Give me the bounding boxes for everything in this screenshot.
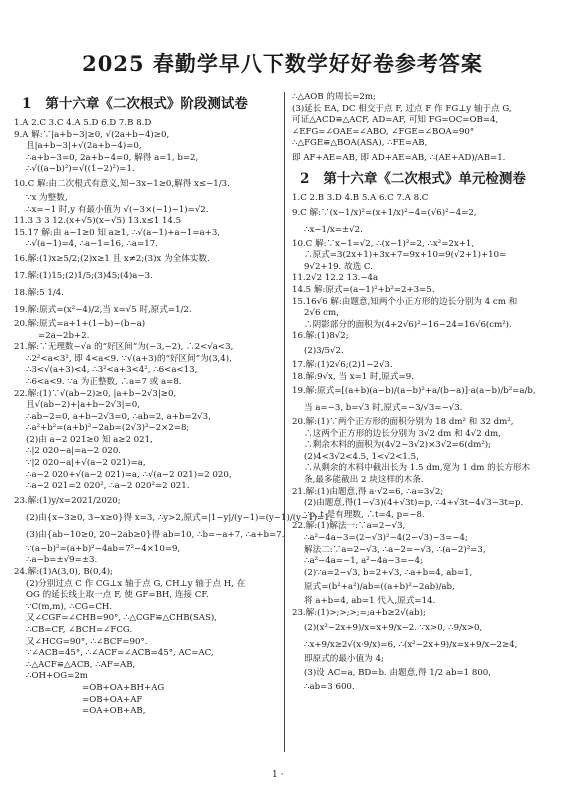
- answer-line: ∵|2 020−a|+√(a−2 021)=a,: [14, 458, 278, 470]
- answer-line: (2)由{x−3≥0, 3−x≥0}得 x=3, ∴y>2,原式=|1−y|/(…: [14, 510, 278, 527]
- answer-line: 2√6 cm,: [292, 308, 554, 320]
- answer-line: ∴x−1/x=±√2.: [292, 222, 554, 239]
- answer-line: 且|a+b−3|+√(2a+b−4)=0,: [14, 141, 278, 153]
- answer-line: =OA+OB+AB,: [14, 706, 278, 718]
- answer-line: 18.解:5 1/4.: [14, 285, 278, 302]
- answer-line: ∴△FGE≌△BOA(ASA), ∴FE=AB,: [292, 138, 554, 150]
- answer-line: (2)由题意,得(1−√3)(4+√3t)=p, ∴4+√3t−4√3−3t=p…: [292, 498, 554, 510]
- answer-line: 20.解:原式=a+1+(1−b)−(b−a): [14, 319, 278, 331]
- answer-line: (3)延长 EA, DC 相交于点 F, 过点 F 作 FG⊥y 轴于点 G,: [292, 104, 554, 116]
- answer-line: (2)(x²−2x+9)/x=x+9/x−2. ∵x>0, ∴9/x>0,: [292, 620, 554, 637]
- answer-line: 即原式的最小值为 4;: [292, 654, 554, 666]
- answer-line: ∴a−2 021=2 020², ∴a−2 020²=2 021.: [14, 481, 278, 493]
- answer-line: ∴a+b−3=0, 2a+b−4=0, 解得 a=1, b=2,: [14, 153, 278, 165]
- section-heading-1: 1第十六章《二次根式》阶段测试卷: [22, 94, 278, 114]
- section-number: 2: [300, 171, 309, 187]
- answer-line: ∴△AOB 的周长=2m;: [292, 92, 554, 104]
- answer-line: (2)分别过点 C 作 CG⊥x 轴于点 G, CH⊥y 轴于点 H, 在: [14, 579, 278, 591]
- answer-line: 19.解:原式=(x²−4)/2,当 x=√5 时,原式=1/2.: [14, 302, 278, 319]
- answer-line: =2a−2b+2.: [14, 331, 278, 343]
- page-number: 1 ·: [272, 770, 283, 780]
- answer-line: 即 AF+AE=AB, 即 AD+AE=AB, ∴(AE+AD)/AB=1.: [292, 150, 554, 167]
- answer-line: ∴ab−2=0, a+b−2√3=0, ∴ab=2, a+b=2√3,: [14, 412, 278, 424]
- answer-line: 24.解:(1)A(3,0), B(0,4);: [14, 567, 278, 579]
- answer-line: 可证△ACD≌△ACF, AD=AF, 可知 FG=OC=OB=4,: [292, 115, 554, 127]
- answer-line: 将 a+b=4, ab=1 代入,原式=14.: [292, 596, 554, 608]
- answer-line: ∴阴影部分的面积为(4+2√6)²−16−24=16√6(cm²).: [292, 320, 554, 332]
- answer-line: ∴剩余木料的面积为(4√2−3√2)×3√2=6(dm²);: [292, 440, 554, 452]
- answer-line: 23.解:(1)y/x=2021/2020;: [14, 493, 278, 510]
- answer-line: 9.C 解:∵(x−1/x)²=(x+1/x)²−4=(√6)²−4=2,: [292, 205, 554, 222]
- right-column: ∴△AOB 的周长=2m;(3)延长 EA, DC 相交于点 F, 过点 F 作…: [292, 92, 554, 694]
- answer-line: (2)4<3√2<4.5, 1<√2<1.5,: [292, 452, 554, 464]
- answer-line: 15.17 解:由 a−1≥0 知 a≥1, ∴√(a−1)+a−1=a+3,: [14, 228, 278, 240]
- answer-line: 11.3 3 3 12.(x+√5)(x−√5) 13.x≤1 14.5: [14, 216, 278, 228]
- answer-line: 22.解:(1)解法一:∵a=2−√3,: [292, 521, 554, 533]
- answer-line: 17.解:(1)2√6;(2)1−2√3.: [292, 360, 554, 372]
- answer-line: 且√(ab−2)+|a+b−2√3|=0,: [14, 400, 278, 412]
- answer-line: ∴√(a−1)=4, ∴a−1=16, ∴a=17.: [14, 239, 278, 251]
- answer-line: 23.解:(1)>;>;>;=;a+b≥2√(ab);: [292, 608, 554, 620]
- answer-line: ∴x+9/x≥2√(x·9/x)=6, ∴(x²−2x+9)/x=x+9/x−2…: [292, 637, 554, 654]
- answer-lines-continued: ∴△AOB 的周长=2m;(3)延长 EA, DC 相交于点 F, 过点 F 作…: [292, 92, 554, 167]
- answer-line: ∴a²−4a−3=(2−√3)²−4(2−√3)−3=−4;: [292, 533, 554, 545]
- answer-line: OG 的延长线上取一点 F, 使 GF=BH, 连接 CF.: [14, 590, 278, 602]
- answer-line: 16.解:(1)8√2;: [292, 331, 554, 343]
- answer-line: 10.C 解:由二次根式有意义,知−3x−1≥0,解得 x≤−1/3.: [14, 176, 278, 193]
- answer-line: 16.解:(1)x≥5/2;(2)x≥1 且 x≠2;(3)x 为全体实数.: [14, 251, 278, 268]
- answer-lines: 1.A 2.C 3.C 4.A 5.D 6.D 7.B 8.D9.A 解:∵|a…: [14, 118, 278, 718]
- answer-line: ∴a²−4a=−1, a²−4a−3=−4;: [292, 556, 554, 568]
- answer-line: 1.A 2.C 3.C 4.A 5.D 6.D 7.B 8.D: [14, 118, 278, 130]
- answer-line: ∴CB=CF, ∠BCH=∠FCG.: [14, 625, 278, 637]
- answer-line: 20.解:(1)∵两个正方形的面积分别为 18 dm² 和 32 dm²,: [292, 417, 554, 429]
- answer-line: 22.解:(1)∵√(ab−2)≥0, |a+b−2√3|≥0,: [14, 389, 278, 401]
- answer-line: ∴△ACF≌△ACB, ∴AF=AB,: [14, 660, 278, 672]
- answer-line: ∵x 为整数,: [14, 193, 278, 205]
- column-divider: [284, 92, 285, 752]
- answer-line: 又∠HCG=90°, ∴∠BCF=90°.: [14, 637, 278, 649]
- answer-line: ∴a²+b²=(a+b)²−2ab=(2√3)²−2×2=8;: [14, 423, 278, 435]
- answer-line: 10.C 解:∵x−1=√2, ∴(x−1)²=2, ∴x²=2x+1,: [292, 239, 554, 251]
- answer-line: ∴a−b=±√9=±3.: [14, 555, 278, 567]
- answer-line: (2)∵a=2−√3, b=2+√3, ∴a+b=4, ab=1,: [292, 568, 554, 580]
- answer-line: 原式=(b²+a²)/ab=((a+b)²−2ab)/ab,: [292, 579, 554, 596]
- answer-line: ∠EFG=∠OAE=∠ABO, ∠FGE=∠BOA=90°: [292, 127, 554, 139]
- answer-line: 当 a=−3, b=√3 时,原式=−3/√3=−√3.: [292, 400, 554, 417]
- answer-line: ∵(a−b)²=(a+b)²−4ab=7²−4×10=9,: [14, 544, 278, 556]
- answer-line: 9√2+19. 故选 C.: [292, 262, 554, 274]
- answer-line: ∴原式=3(2x+1)+3x+7=9x+10=9(√2+1)+10=: [292, 250, 554, 262]
- answer-line: 15.16√6 解:由题意,知两个小正方形的边长分别为 4 cm 和: [292, 297, 554, 309]
- answer-line: 11.2√2 12.2 13.−4a: [292, 273, 554, 285]
- answer-line: ∴x=−1 时,y 有最小值为 √(−3×(−1)−1)=√2.: [14, 205, 278, 217]
- answer-line: =OB+OA+BH+AG: [14, 683, 278, 695]
- section-label: 第十六章《二次根式》阶段测试卷: [45, 96, 248, 112]
- answer-line: ∴OH+OG=2m: [14, 671, 278, 683]
- answer-line: ∴这两个正方形的边长分别为 3√2 dm 和 4√2 dm,: [292, 429, 554, 441]
- answer-line: ∴6<a<9. ∵a 为正整数, ∴a=7 或 a=8.: [14, 377, 278, 389]
- answer-line: ∵p, t 是有理数, ∴t=4, p=−8.: [292, 510, 554, 522]
- answer-line: ∴a−2 020+√(a−2 021)=a, ∴√(a−2 021)=2 020…: [14, 470, 278, 482]
- answer-line: 又∠CGF=∠CHB=90°, ∴△CGF≌△CHB(SAS),: [14, 613, 278, 625]
- answer-line: (3)由{ab−10≥0, 20−2ab≥0}得 ab=10, ∴b=−a+7,…: [14, 527, 278, 544]
- answer-line: 9.A 解:∵|a+b−3|≥0, √(2a+b−4)≥0,: [14, 130, 278, 142]
- answer-line: ∴√((a−b)²)=√((1−2)²)=1.: [14, 164, 278, 176]
- section-label: 第十六章《二次根式》单元检测卷: [323, 171, 526, 187]
- answer-line: 21.解:∵无理数−√a 的“好区间”为(−3,−2), ∴2<√a<3,: [14, 342, 278, 354]
- answer-line: 19.解:原式=[(a+b)(a−b)/(a−b)²+a/(b−a)]·a(a−…: [292, 383, 554, 400]
- document-title: 2025 春勤学早八下数学好好卷参考答案: [0, 48, 565, 78]
- answer-line: ∴|2 020−a|=a−2 020.: [14, 446, 278, 458]
- answer-line: 解法二:∵a=2−√3, ∴a−2=−√3, ∴(a−2)²=3,: [292, 545, 554, 557]
- answer-line: ∵∠ACB=45°, ∴∠ACF=∠ACB=45°, AC=AC,: [14, 648, 278, 660]
- answer-line: 18.解:9√x, 当 x=1 时,原式=9.: [292, 372, 554, 384]
- left-column: 1第十六章《二次根式》阶段测试卷 1.A 2.C 3.C 4.A 5.D 6.D…: [14, 92, 278, 718]
- answer-line: ∴ab=3 600.: [292, 682, 554, 694]
- answer-line: (2)由 a−2 021≥0 知 a≥2 021,: [14, 435, 278, 447]
- answer-line: 14.5 解:原式=(a−1)²+b²=2+3=5.: [292, 285, 554, 297]
- section-number: 1: [22, 96, 31, 112]
- answer-line: 21.解:(1)由题意,得 a·√2=6, ∴a=3√2;: [292, 487, 554, 499]
- answer-lines: 1.C 2.B 3.D 4.B 5.A 6.C 7.A 8.C9.C 解:∵(x…: [292, 193, 554, 694]
- answer-line: ∴3<√(a+3)<4, ∴3²<a+3<4², ∴6<a<13,: [14, 365, 278, 377]
- answer-line: ∴从剩余的木料中截出长为 1.5 dm,宽为 1 dm 的长方形木: [292, 463, 554, 475]
- section-heading-2: 2第十六章《二次根式》单元检测卷: [300, 169, 554, 189]
- answer-line: (3)设 AC=a, BD=b. 由题意,得 1/2 ab=1 800,: [292, 665, 554, 682]
- answer-line: =OB+OA+AF: [14, 695, 278, 707]
- answer-line: 1.C 2.B 3.D 4.B 5.A 6.C 7.A 8.C: [292, 193, 554, 205]
- answer-line: 条,最多能截出 2 块这样的木条.: [292, 475, 554, 487]
- answer-line: ∵C(m,m), ∴CG=CH.: [14, 602, 278, 614]
- answer-line: ∴2²<a<3², 即 4<a<9. ∵√(a+3)的“好区间”为(3,4),: [14, 354, 278, 366]
- answer-line: 17.解:(1)15;(2)1/5;(3)45;(4)a−3.: [14, 268, 278, 285]
- answer-line: (2)3/5√2.: [292, 343, 554, 360]
